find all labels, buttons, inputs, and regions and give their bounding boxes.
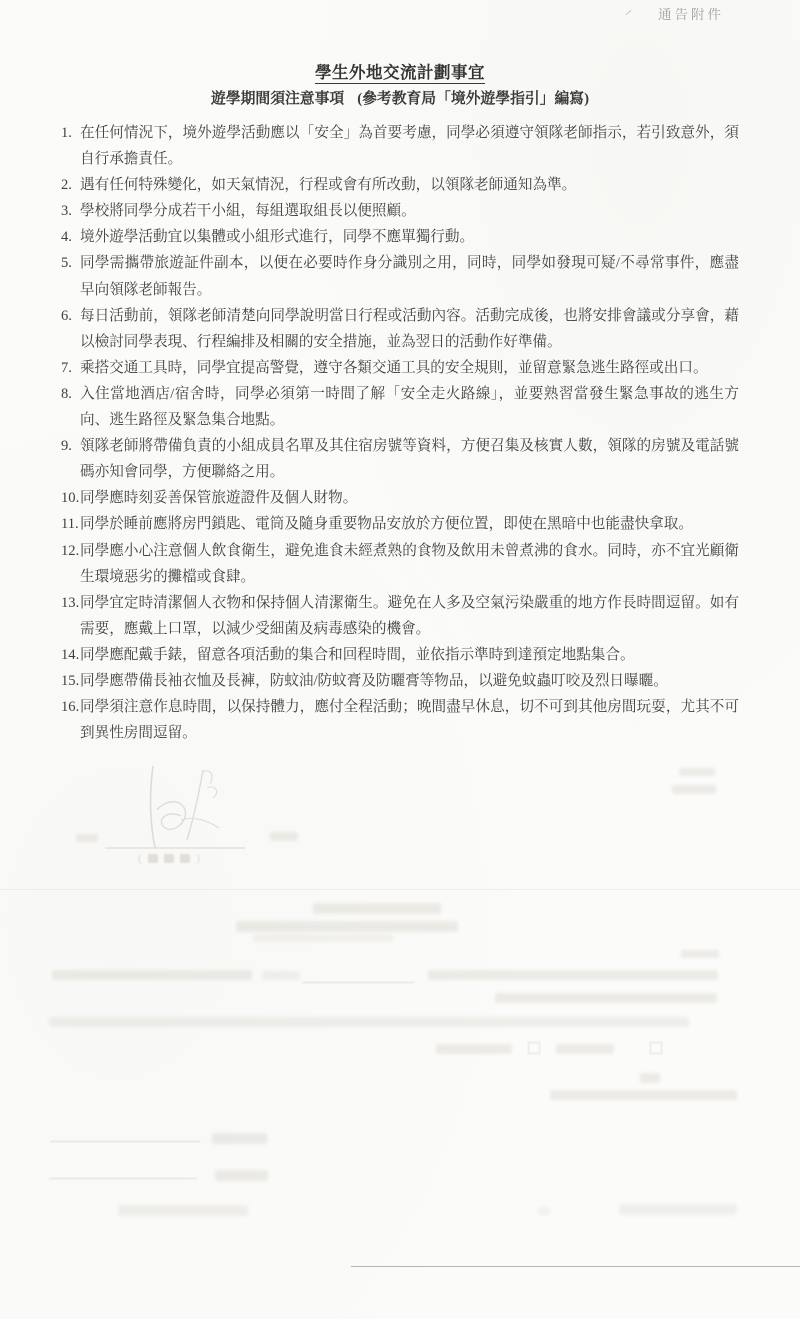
bleedthrough-checkbox-row <box>436 1044 512 1054</box>
item-text: 同學應帶備長袖衣恤及長褲，防蚊油/防蚊膏及防曬膏等物品，以避免蚊蟲叮咬及烈日曝曬… <box>80 668 739 694</box>
list-item: 9.領隊老師將帶備負責的小組成員名單及其住宿房號等資料，方便召集及核實人數，領隊… <box>61 433 739 485</box>
corner-attachment-note: 通告附件 <box>658 8 724 26</box>
item-number: 5. <box>61 250 80 302</box>
list-item: 13.同學宜定時清潔個人衣物和保持個人清潔衛生。避免在人多及空氣污染嚴重的地方作… <box>61 590 739 642</box>
item-number: 11. <box>61 511 80 537</box>
item-text: 學校將同學分成若干小組，每組選取組長以便照顧。 <box>80 198 739 224</box>
item-number: 13. <box>61 590 80 642</box>
item-number: 1. <box>61 120 80 172</box>
bleedthrough-signature-caption: ( ) <box>138 851 238 866</box>
bleedthrough-smudge <box>672 785 716 794</box>
subtitle-reference: (參考教育局「境外遊學指引」編寫) <box>357 91 589 107</box>
subtitle-main: 遊學期間須注意事項 <box>211 91 344 107</box>
ghost-char <box>164 854 174 863</box>
item-text: 領隊老師將帶備負責的小組成員名單及其住宿房號等資料，方便召集及核實人數，領隊的房… <box>80 433 739 485</box>
scan-speck <box>625 10 631 15</box>
list-item: 1.在任何情況下，境外遊學活動應以「安全」為首要考慮，同學必須遵守領隊老師指示，… <box>61 120 739 172</box>
bleedthrough-form-row <box>428 970 718 980</box>
scan-fold-line <box>0 889 800 890</box>
bleedthrough-text-row <box>313 903 441 914</box>
bleedthrough-text-row <box>550 1090 737 1100</box>
item-text: 同學應配戴手錶，留意各項活動的集合和回程時間，並依指示準時到達預定地點集合。 <box>80 642 739 668</box>
bleedthrough-smudge <box>679 768 715 776</box>
item-text: 遇有任何特殊變化，如天氣情況，行程或會有所改動，以領隊老師通知為準。 <box>80 172 739 198</box>
page-title: 學生外地交流計劃事宜 <box>0 59 800 83</box>
list-item: 6.每日活動前，領隊老師清楚向同學說明當日行程或活動內容。活動完成後，也將安排會… <box>61 303 739 355</box>
list-item: 16.同學須注意作息時間，以保持體力，應付全程活動；晚間盡早休息，切不可到其他房… <box>61 694 739 746</box>
bleedthrough-form-row <box>262 971 300 980</box>
page-title-text: 學生外地交流計劃事宜 <box>315 63 485 84</box>
item-number: 6. <box>61 303 80 355</box>
item-text: 乘搭交通工具時，同學宜提高警覺，遵守各類交通工具的安全規則，並留意緊急逃生路徑或… <box>80 355 739 381</box>
item-number: 14. <box>61 642 80 668</box>
item-number: 2. <box>61 172 80 198</box>
item-text: 同學須注意作息時間，以保持體力，應付全程活動；晚間盡早休息，切不可到其他房間玩耍… <box>80 694 739 746</box>
page-subtitle: 遊學期間須注意事項(參考教育局「境外遊學指引」編寫) <box>0 87 800 108</box>
bleedthrough-text-row <box>253 934 393 942</box>
item-number: 8. <box>61 381 80 433</box>
list-item: 11.同學於睡前應將房門鎖匙、電筒及隨身重要物品安放於方便位置，即使在黑暗中也能… <box>61 511 739 537</box>
list-item: 7.乘搭交通工具時，同學宜提高警覺，遵守各類交通工具的安全規則，並留意緊急逃生路… <box>61 355 739 381</box>
list-item: 4.境外遊學活動宜以集體或小組形式進行，同學不應單獨行動。 <box>61 224 739 250</box>
item-text: 每日活動前，領隊老師清楚向同學說明當日行程或活動內容。活動完成後，也將安排會議或… <box>80 303 739 355</box>
item-number: 3. <box>61 198 80 224</box>
item-text: 同學宜定時清潔個人衣物和保持個人清潔衛生。避免在人多及空氣污染嚴重的地方作長時間… <box>80 590 739 642</box>
bleedthrough-text-row <box>495 993 717 1003</box>
bleedthrough-smudge <box>681 950 719 958</box>
bleedthrough-text-row <box>236 921 458 932</box>
item-number: 16. <box>61 694 80 746</box>
item-text: 同學應小心注意個人飲食衛生，避免進食未經煮熟的食物及飲用未曾煮沸的食水。同時，亦… <box>80 538 739 590</box>
bleedthrough-checkbox <box>650 1042 662 1054</box>
bleedthrough-smudge <box>538 1207 550 1215</box>
bleedthrough-signature <box>95 758 255 863</box>
item-number: 12. <box>61 538 80 590</box>
corner-attachment-note-text: 通告附件 <box>658 8 724 23</box>
bleedthrough-text-row <box>118 1205 248 1216</box>
item-number: 15. <box>61 668 80 694</box>
bleedthrough-checkbox <box>528 1042 540 1054</box>
bleedthrough-signature-line <box>50 1141 200 1142</box>
scanned-document-page: 通告附件 學生外地交流計劃事宜 遊學期間須注意事項(參考教育局「境外遊學指引」編… <box>0 0 800 1319</box>
bleedthrough-form-row <box>52 970 252 980</box>
ghost-paren-open: ( <box>138 851 142 866</box>
bleedthrough-smudge <box>270 832 298 841</box>
bleedthrough-smudge <box>215 1170 268 1181</box>
guidelines-list: 1.在任何情況下，境外遊學活動應以「安全」為首要考慮，同學必須遵守領隊老師指示，… <box>61 120 739 746</box>
bleedthrough-text-row <box>49 1017 689 1027</box>
bleedthrough-signature-line <box>49 1178 197 1179</box>
list-item: 14.同學應配戴手錶，留意各項活動的集合和回程時間，並依指示準時到達預定地點集合… <box>61 642 739 668</box>
item-number: 10. <box>61 485 80 511</box>
scanner-artifact-line <box>351 1266 800 1267</box>
list-item: 15.同學應帶備長袖衣恤及長褲，防蚊油/防蚊膏及防曬膏等物品，以避免蚊蟲叮咬及烈… <box>61 668 739 694</box>
bleedthrough-form-line <box>302 982 414 983</box>
item-text: 同學需攜帶旅遊証件副本，以便在必要時作身分識別之用，同時，同學如發現可疑/不尋常… <box>80 250 739 302</box>
list-item: 5.同學需攜帶旅遊証件副本，以便在必要時作身分識別之用，同時，同學如發現可疑/不… <box>61 250 739 302</box>
ghost-char <box>180 854 190 863</box>
item-text: 境外遊學活動宜以集體或小組形式進行，同學不應單獨行動。 <box>80 224 739 250</box>
bleedthrough-smudge <box>76 834 98 842</box>
ghost-char <box>148 854 158 863</box>
bleedthrough-checkbox-row <box>556 1044 614 1054</box>
list-item: 2.遇有任何特殊變化，如天氣情況，行程或會有所改動，以領隊老師通知為準。 <box>61 172 739 198</box>
item-number: 4. <box>61 224 80 250</box>
bleedthrough-text-row <box>619 1204 737 1215</box>
item-text: 同學應時刻妥善保管旅遊證件及個人財物。 <box>80 485 739 511</box>
list-item: 10.同學應時刻妥善保管旅遊證件及個人財物。 <box>61 485 739 511</box>
ghost-paren-close: ) <box>196 851 200 866</box>
item-text: 同學於睡前應將房門鎖匙、電筒及隨身重要物品安放於方便位置，即使在黑暗中也能盡快拿… <box>80 511 739 537</box>
bleedthrough-smudge <box>640 1073 660 1083</box>
item-text: 在任何情況下，境外遊學活動應以「安全」為首要考慮，同學必須遵守領隊老師指示，若引… <box>80 120 739 172</box>
list-item: 3.學校將同學分成若干小組，每組選取組長以便照顧。 <box>61 198 739 224</box>
list-item: 8.入住當地酒店/宿舍時，同學必須第一時間了解「安全走火路線」，並要熟習當發生緊… <box>61 381 739 433</box>
list-item: 12.同學應小心注意個人飲食衛生，避免進食未經煮熟的食物及飲用未曾煮沸的食水。同… <box>61 538 739 590</box>
bleedthrough-smudge <box>212 1133 267 1144</box>
item-number: 7. <box>61 355 80 381</box>
item-text: 入住當地酒店/宿舍時，同學必須第一時間了解「安全走火路線」，並要熟習當發生緊急事… <box>80 381 739 433</box>
item-number: 9. <box>61 433 80 485</box>
